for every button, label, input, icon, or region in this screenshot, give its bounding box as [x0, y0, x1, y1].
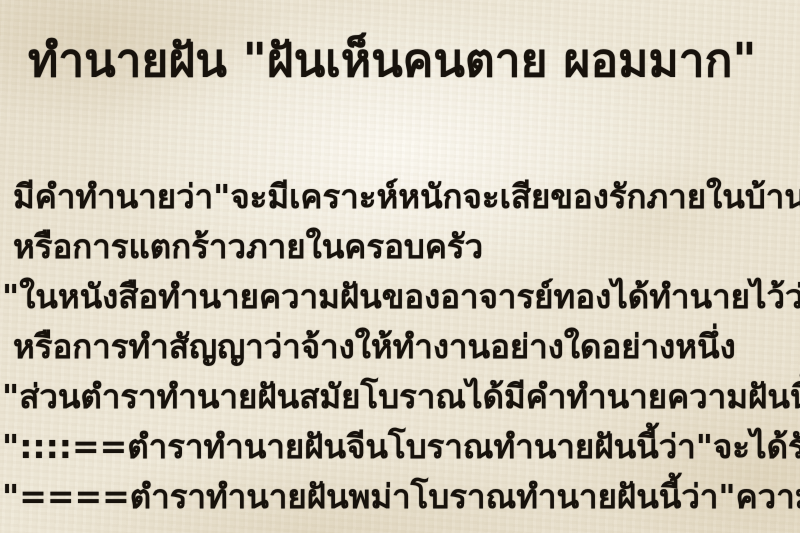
dream-interpretation-title: ทำนายฝัน "ฝันเห็นคนตาย ผอมมาก" — [28, 24, 800, 97]
body-text-line: หรือการทำสัญญาว่าจ้างให้ทำงานอย่างใดอย่า… — [0, 322, 800, 372]
body-text-line: "ในหนังสือทำนายความฝันของอาจารย์ทองได้ทำ… — [0, 272, 800, 322]
aged-paper-background: ทำนายฝัน "ฝันเห็นคนตาย ผอมมาก" มีคำทำนาย… — [0, 0, 800, 533]
body-text-line: "ส่วนตำราทำนายฝันสมัยโบราณได้มีคำทำนายคว… — [0, 372, 800, 422]
body-text-line: "====ตำราทำนายฝันพม่าโบราณทำนายฝันนี้ว่า… — [0, 472, 800, 522]
dream-interpretation-body: มีคำทำนายว่า"จะมีเคราะห์หนักจะเสียของรัก… — [0, 172, 800, 533]
body-text-line: หรือการแตกร้าวภายในครอบครัว — [0, 222, 800, 272]
body-text-line: มีคำทำนายว่า"จะมีเคราะห์หนักจะเสียของรัก… — [0, 172, 800, 222]
body-text-line: "::::==ตำราทำนายฝันจีนโบราณทำนายฝันนี้ว่… — [0, 422, 800, 472]
